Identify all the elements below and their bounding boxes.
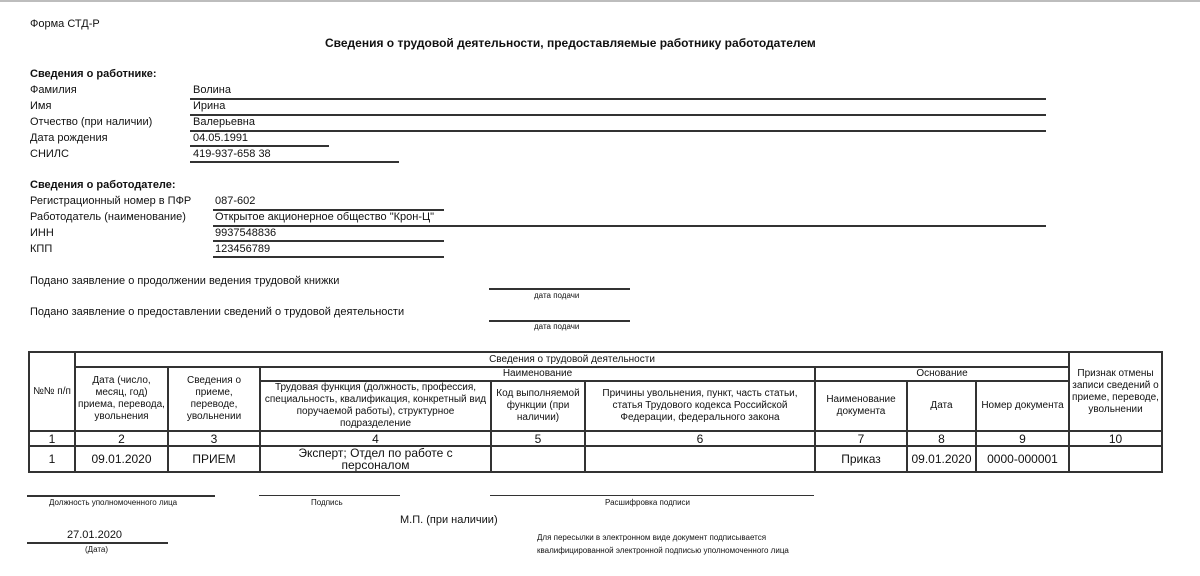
cell-cancel[interactable] [1069,446,1162,472]
cell-doc-date[interactable]: 09.01.2020 [907,446,976,472]
labor-activity-table: №№ п/п Сведения о трудовой деятельности … [28,351,1163,473]
sign-date-caption: (Дата) [85,545,108,554]
cell-doc-name[interactable]: Приказ [815,446,907,472]
application-workbook-label: Подано заявление о продолжении ведения т… [30,275,339,287]
header-group-basis: Основание [815,367,1069,381]
underline [213,225,1046,227]
cell-no[interactable]: 1 [29,446,75,472]
header-function: Трудовая функция (должность, профессия, … [260,381,491,431]
field-label-snils: СНИЛС [30,148,69,160]
column-number: 6 [585,431,815,446]
stamp-label: М.П. (при наличии) [400,514,498,526]
field-value-pfr-number[interactable]: 087-602 [215,195,255,207]
header-doc-date: Дата [907,381,976,431]
application-info-date-caption: дата подачи [534,322,579,331]
application-info-label: Подано заявление о предоставлении сведен… [30,306,404,318]
field-value-patronymic[interactable]: Валерьевна [193,116,255,128]
header-group-name: Наименование [260,367,815,381]
cell-event[interactable]: ПРИЕМ [168,446,260,472]
underline [190,98,1046,100]
sign-date-field [27,542,168,544]
header-dismissal-reasons: Причины увольнения, пункт, часть статьи,… [585,381,815,431]
application-workbook-date-field[interactable] [489,288,630,290]
field-label-pfr-number: Регистрационный номер в ПФР [30,195,191,207]
cell-code[interactable] [491,446,585,472]
field-label-employer-name: Работодатель (наименование) [30,211,186,223]
employee-heading: Сведения о работнике: [30,68,157,80]
electronic-note-line1: Для пересылки в электронном виде докумен… [537,533,766,542]
field-value-employer-name[interactable]: Открытое акционерное общество "Крон-Ц" [215,211,434,223]
field-label-inn: ИНН [30,227,54,239]
electronic-note-line2: квалифицированной электронной подписью у… [537,546,789,555]
cell-reason[interactable] [585,446,815,472]
header-group-activity: Сведения о трудовой деятельности [75,352,1069,367]
cell-function[interactable]: Эксперт; Отдел по работе с персоналом [260,446,491,472]
field-value-snils[interactable]: 419-937-658 38 [193,148,271,160]
form-code: Форма СТД-Р [30,18,100,30]
field-label-patronymic: Отчество (при наличии) [30,116,152,128]
header-no: №№ п/п [29,352,75,431]
underline [190,130,1046,132]
cell-date[interactable]: 09.01.2020 [75,446,168,472]
employer-heading: Сведения о работодателе: [30,179,176,191]
column-number: 7 [815,431,907,446]
column-number: 4 [260,431,491,446]
field-label-name: Имя [30,100,51,112]
column-number: 3 [168,431,260,446]
position-field[interactable] [27,495,215,497]
field-label-birth-date: Дата рождения [30,132,108,144]
header-doc-name: Наименование документа [815,381,907,431]
header-cancel: Признак отмены записи сведений о приеме,… [1069,352,1162,431]
field-value-inn[interactable]: 9937548836 [215,227,276,239]
column-number: 2 [75,431,168,446]
field-value-surname[interactable]: Волина [193,84,231,96]
column-number: 9 [976,431,1069,446]
application-workbook-date-caption: дата подачи [534,291,579,300]
column-number: 1 [29,431,75,446]
underline [190,161,399,163]
signature-decode-field[interactable] [490,495,814,496]
field-value-birth-date[interactable]: 04.05.1991 [193,132,248,144]
signature-decode-caption: Расшифровка подписи [605,498,690,507]
signature-caption: Подпись [311,498,343,507]
field-value-kpp[interactable]: 123456789 [215,243,270,255]
column-numbers-row: 1 2 3 4 5 6 7 8 9 10 [29,431,1162,446]
column-number: 10 [1069,431,1162,446]
column-number: 5 [491,431,585,446]
cell-doc-number[interactable]: 0000-000001 [976,446,1069,472]
header-function-code: Код выполняемой функции (при наличии) [491,381,585,431]
underline [190,114,1046,116]
header-event-info: Сведения о приеме, переводе, увольнении [168,367,260,431]
header-doc-number: Номер документа [976,381,1069,431]
document-title: Сведения о трудовой деятельности, предос… [325,36,816,50]
column-number: 8 [907,431,976,446]
header-date: Дата (число, месяц, год) приема, перевод… [75,367,168,431]
field-label-kpp: КПП [30,243,52,255]
field-label-surname: Фамилия [30,84,77,96]
underline [213,256,444,258]
underline [213,240,444,242]
field-value-name[interactable]: Ирина [193,100,225,112]
sign-date-value[interactable]: 27.01.2020 [67,529,122,541]
top-border [0,0,1200,2]
underline [190,145,329,147]
signature-field[interactable] [259,495,400,496]
position-caption: Должность уполномоченного лица [49,498,177,507]
table-row: 1 09.01.2020 ПРИЕМ Эксперт; Отдел по раб… [29,446,1162,472]
